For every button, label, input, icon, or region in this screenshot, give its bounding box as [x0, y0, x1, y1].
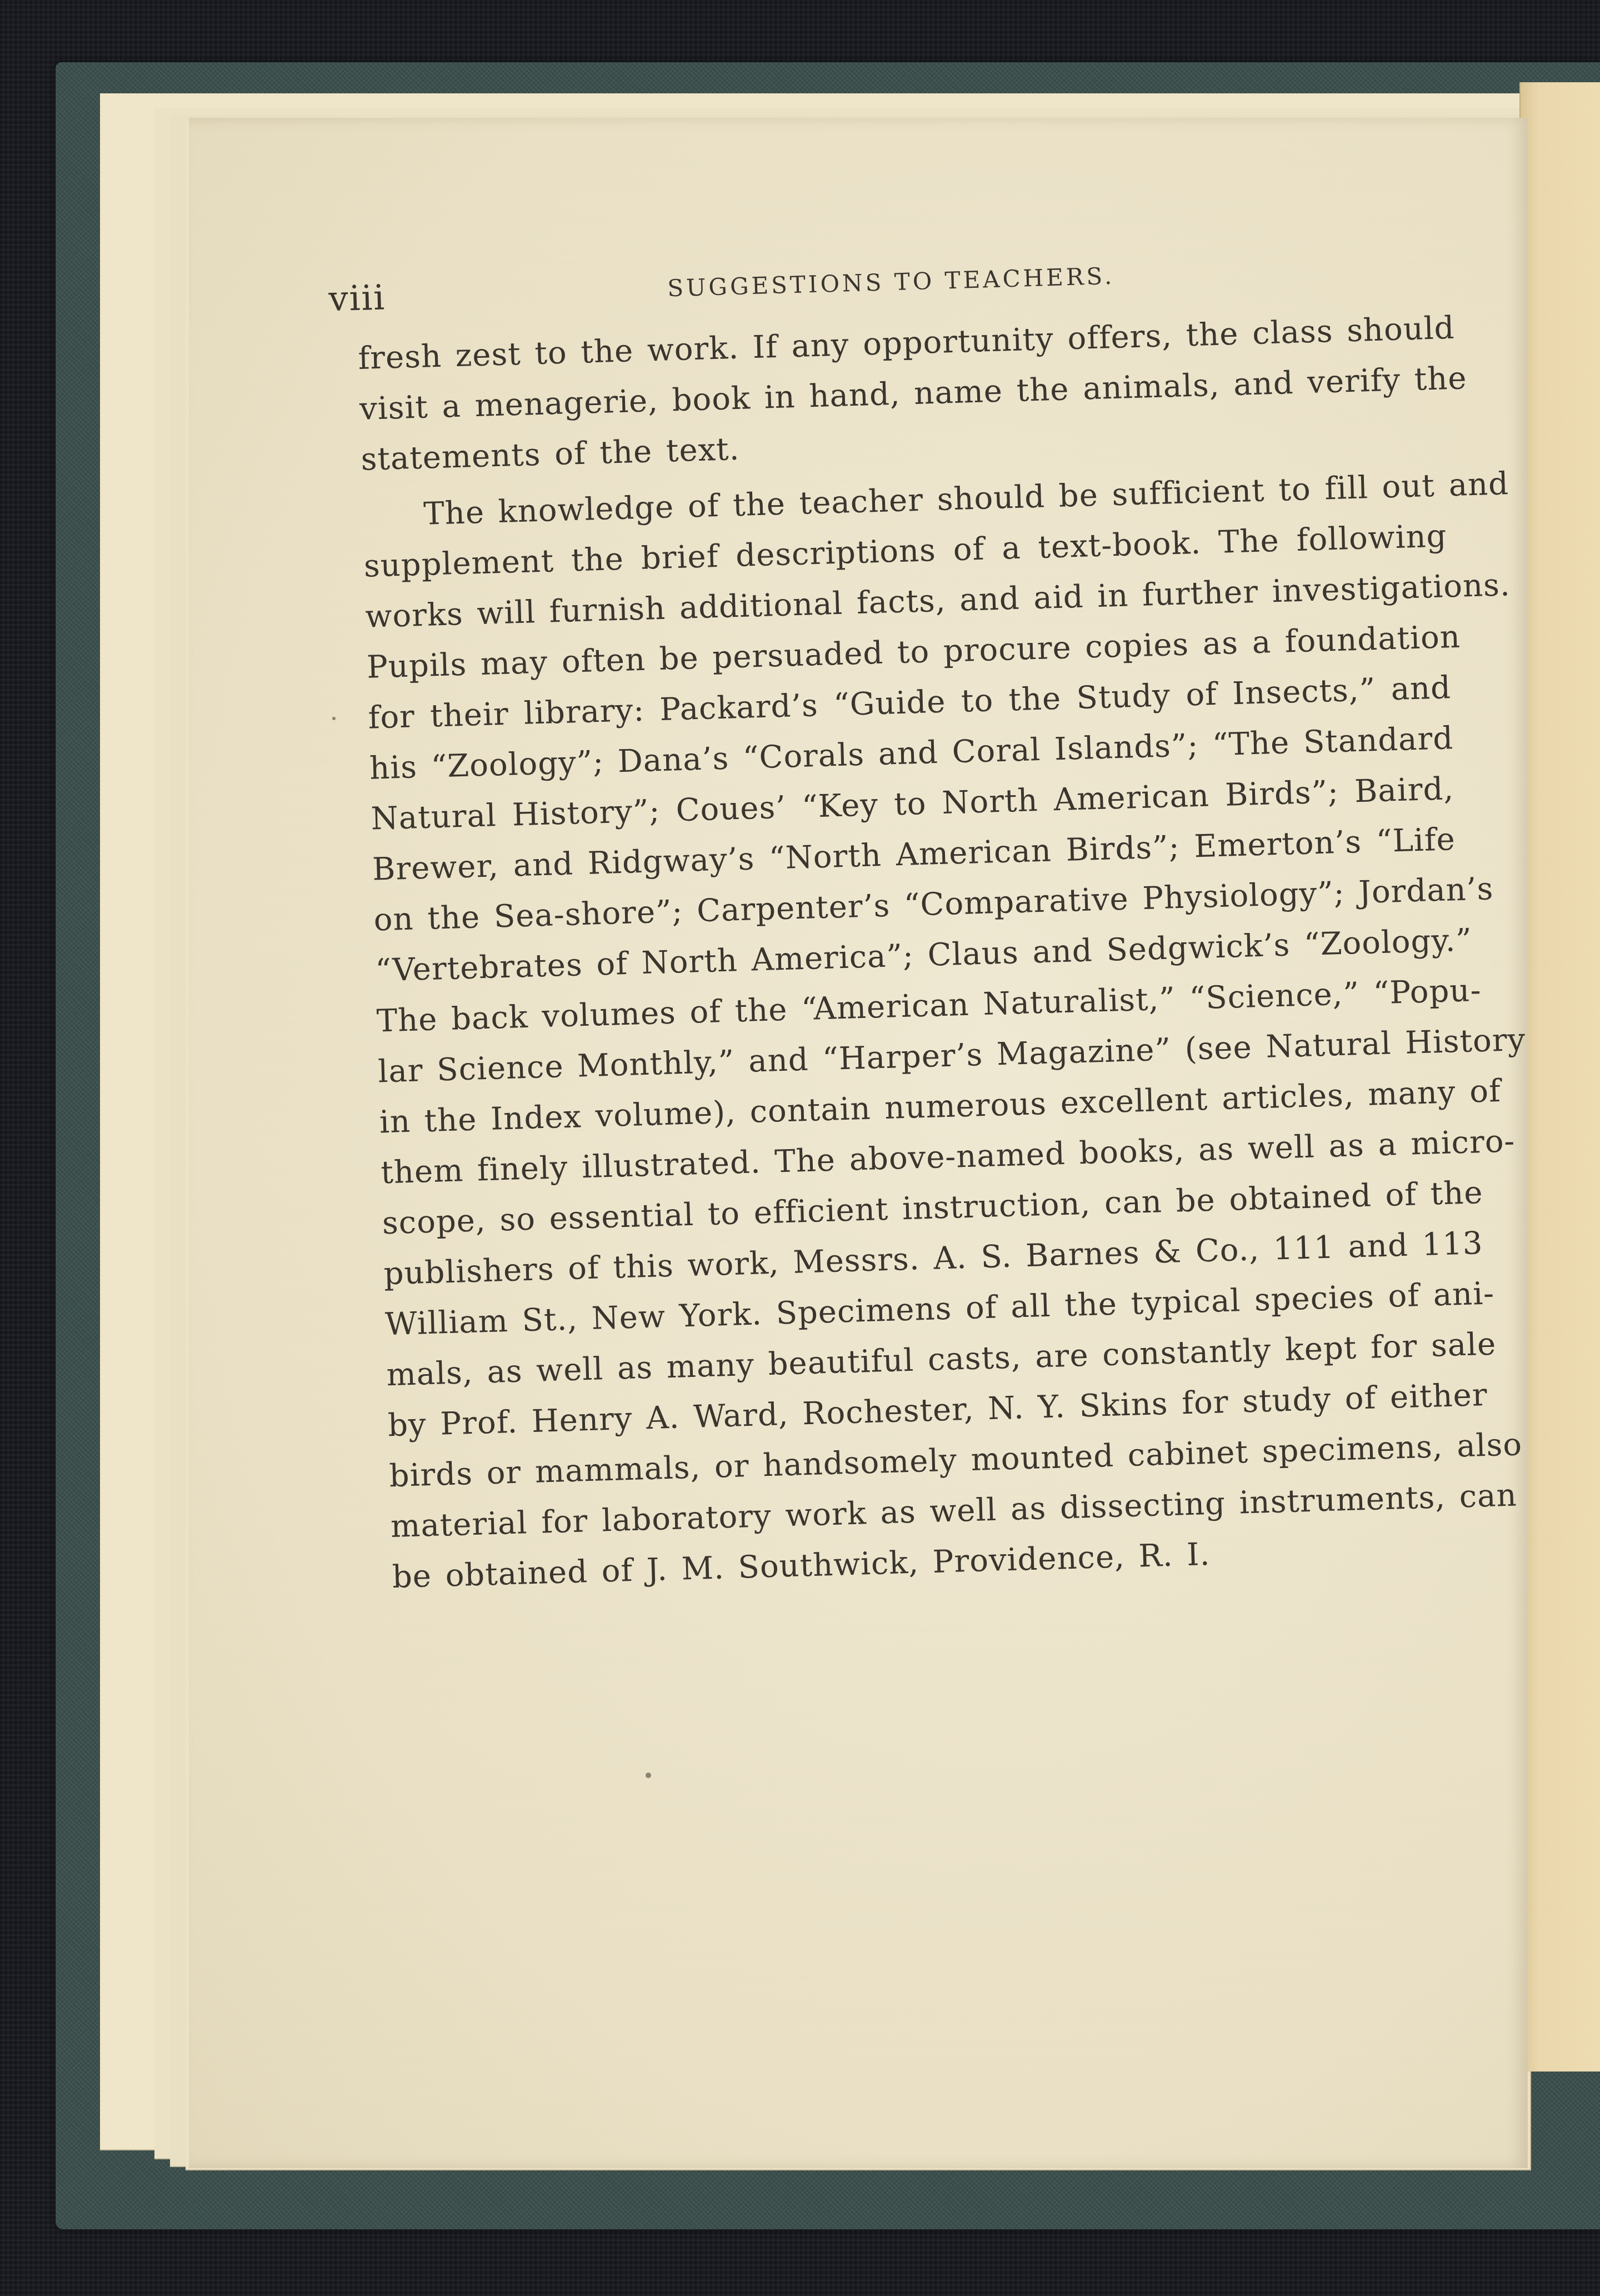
paper-speck [646, 1773, 651, 1778]
page-text-block: viii SUGGESTIONS TO TEACHERS. fresh zest… [356, 237, 1476, 1603]
paragraph-1: fresh zest to the work. If any opportuni… [357, 303, 1444, 485]
running-head-title: SUGGESTIONS TO TEACHERS. [667, 262, 1115, 302]
paper-speck [332, 717, 336, 720]
paragraph-2: The knowledge of the teacher should be s… [362, 460, 1476, 1603]
facing-page-edge [1519, 82, 1600, 2072]
page-number: viii [328, 277, 387, 320]
